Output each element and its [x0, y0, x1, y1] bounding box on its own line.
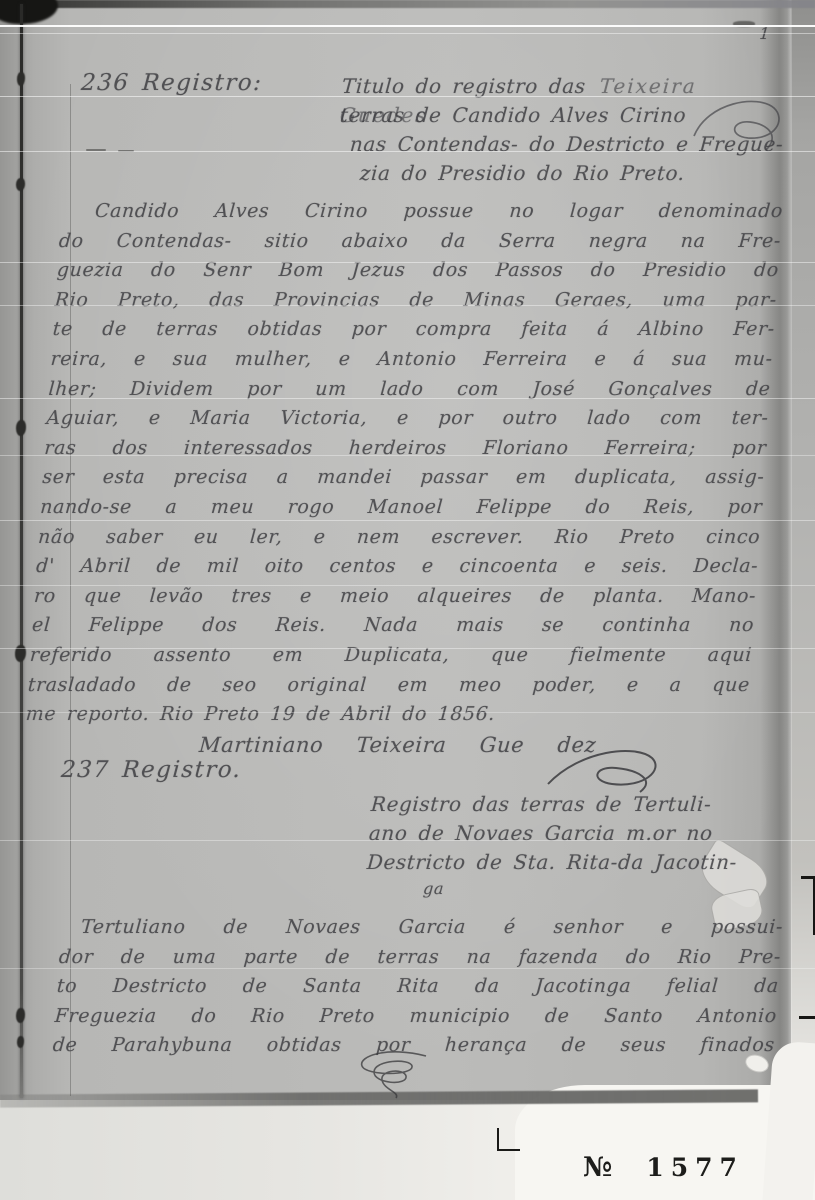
title-text: Titulo do registro das: [341, 74, 586, 98]
handwritten-line: não saber eu ler, e nem escrever. Rio Pr…: [37, 523, 761, 553]
handwritten-line: Tertuliano de Novaes Garcia é senhor e p…: [60, 913, 784, 943]
stamp-number: 1577: [646, 1153, 744, 1182]
handwritten-line: Rio Preto, das Provincias de Minas Gerae…: [54, 286, 778, 316]
handwritten-line: de Parahybuna obtidas por herança de seu…: [52, 1031, 776, 1061]
handwritten-page-number: 1: [759, 24, 771, 43]
pencil-dash: [86, 149, 106, 151]
entry-236-title: Titulo do registro dasTeixeira Guedes te…: [335, 72, 793, 188]
handwritten-line: Candido Alves Cirino possue no logar den…: [60, 197, 784, 227]
handwritten-line: te de terras obtidas por compra feita á …: [52, 315, 776, 345]
handwritten-line: ga: [364, 877, 766, 901]
handwritten-line: me reporto. Rio Preto 19 de Abril do 185…: [25, 700, 749, 730]
signature-line: Martiniano Teixeira Gue dez: [198, 733, 597, 757]
handwritten-line: ras dos interessados herdeiros Floriano …: [43, 434, 767, 464]
page-right-margin-strip: [791, 0, 815, 1104]
handwritten-line: Aguiar, e Maria Victoria, e por outro la…: [45, 404, 769, 434]
handwritten-line: ser esta precisa a mandei passar em dupl…: [41, 463, 765, 493]
entry-236-margin-label: 236 Registro:: [80, 70, 263, 96]
entry-237-margin-label: 237 Registro.: [60, 757, 242, 783]
handwritten-line: dor de uma parte de terras na fazenda do…: [58, 943, 782, 973]
handwritten-line: referido assento em Duplicata, que fielm…: [29, 641, 753, 671]
numero-sign: №: [583, 1152, 612, 1183]
handwritten-line: lher; Dividem por um lado com José Gonça…: [48, 375, 772, 405]
handwritten-line: nas Contendas- do Destricto e Fregue-: [337, 130, 789, 159]
handwritten-line: do Contendas- sitio abaixo da Serra negr…: [58, 227, 782, 257]
ink-smudge: [733, 21, 755, 27]
handwritten-line: zia do Presidio do Rio Preto.: [335, 159, 787, 188]
pencil-dash: [118, 150, 134, 152]
handwritten-line: nando-se a meu rogo Manoel Felippe do Re…: [39, 493, 763, 523]
handwritten-line: trasladado de seo original em meo poder,…: [27, 671, 751, 701]
handwritten-line: ano de Novaes Garcia m.or no: [368, 819, 770, 848]
handwritten-line: reira, e sua mulher, e Antonio Ferreira …: [50, 345, 774, 375]
handwritten-line: el Felippe dos Reis. Nada mais se contin…: [31, 611, 755, 641]
handwritten-line: Registro das terras de Tertuli-: [370, 790, 772, 819]
archive-number-stamp: № 1577: [583, 1152, 744, 1183]
scanned-manuscript-page: 236 Registro: Titulo do registro dasTeix…: [0, 0, 815, 1200]
handwritten-line: guezia do Senr Bom Jezus dos Passos do P…: [56, 256, 780, 286]
handwritten-line: Destricto de Sta. Rita-da Jacotin-: [366, 848, 768, 877]
right-edge-dash-mark: [799, 1016, 815, 1019]
binding-fold-line: [20, 4, 23, 1098]
entry-237-body: Tertuliano de Novaes Garcia é senhor e p…: [52, 913, 784, 1061]
handwritten-line: Freguezia do Rio Preto municipio de Sant…: [54, 1002, 778, 1032]
handwritten-line: d' Abril de mil oito centos e cincoenta …: [35, 552, 759, 582]
entry-236-body: Candido Alves Cirino possue no logar den…: [25, 197, 784, 730]
page-top-edge: [0, 0, 815, 8]
handwritten-line: ro que levão tres e meio alqueires de pl…: [33, 582, 757, 612]
handwritten-line: to Destricto de Santa Rita da Jacotinga …: [56, 972, 780, 1002]
entry-237-title: Registro das terras de Tertuli- ano de N…: [364, 790, 772, 901]
right-edge-bracket-mark: [801, 876, 815, 935]
corner-bracket-mark: [497, 1128, 520, 1151]
handwritten-line: Titulo do registro dasTeixeira Guedes: [341, 72, 793, 101]
